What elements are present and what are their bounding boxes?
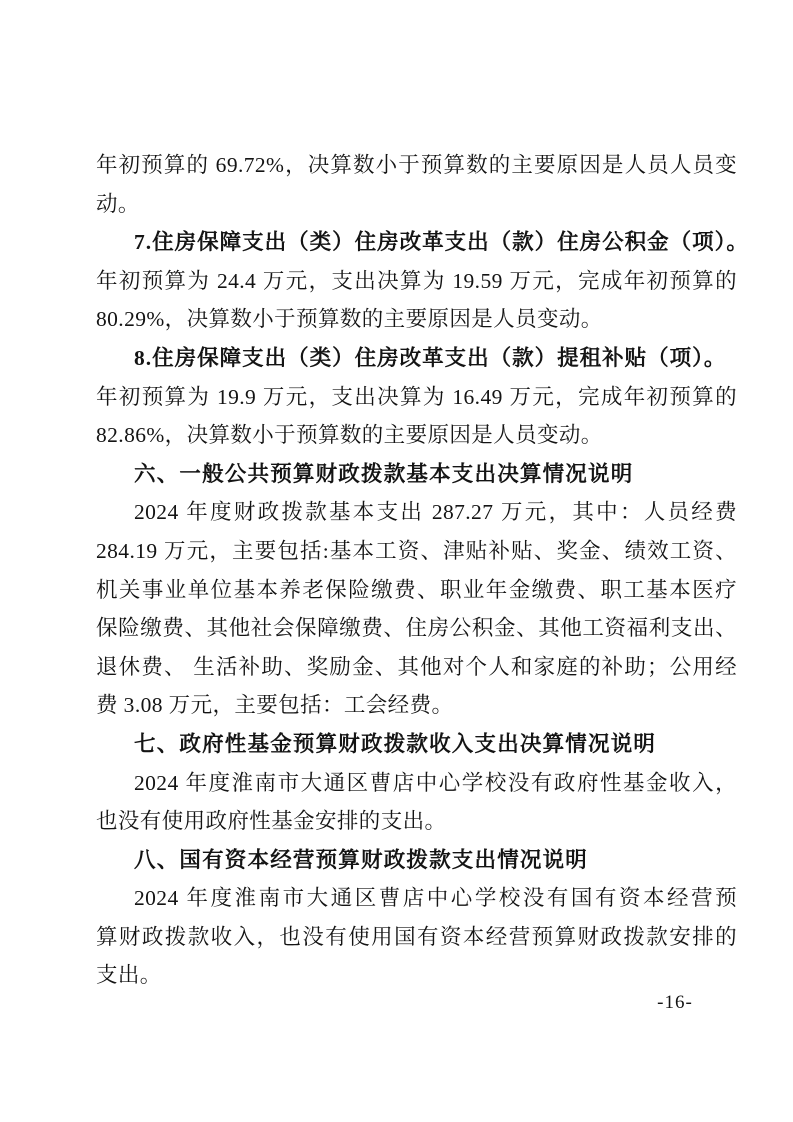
section-heading-6: 六、一般公共预算财政拨款基本支出决算情况说明 [96, 455, 737, 494]
paragraph-line: 机关事业单位基本养老保险缴费、职业年金缴费、职工基本医疗 [96, 571, 737, 610]
paragraph-line: 年初预算为 19.9 万元，支出决算为 16.49 万元，完成年初预算的 [96, 378, 737, 417]
page-number: -16- [640, 992, 710, 1014]
paragraph-line: 年初预算的 69.72%，决算数小于预算数的主要原因是人员人员变 [96, 146, 737, 185]
paragraph-line: 80.29%，决算数小于预算数的主要原因是人员变动。 [96, 300, 737, 339]
paragraph-line: 年初预算为 24.4 万元，支出决算为 19.59 万元，完成年初预算的 [96, 262, 737, 301]
paragraph-line: 保险缴费、其他社会保障缴费、住房公积金、其他工资福利支出、 [96, 609, 737, 648]
paragraph-line: 动。 [96, 185, 737, 224]
paragraph-line: 算财政拨款收入，也没有使用国有资本经营预算财政拨款安排的 [96, 918, 737, 957]
section-heading-8: 八、国有资本经营预算财政拨款支出情况说明 [96, 841, 737, 880]
subsection-heading-8: 8.住房保障支出（类）住房改革支出（款）提租补贴（项）。 [96, 339, 737, 378]
paragraph-line: 也没有使用政府性基金安排的支出。 [96, 802, 737, 841]
paragraph-line: 退休费、 生活补助、奖励金、其他对个人和家庭的补助；公用经 [96, 648, 737, 687]
document-body: 年初预算的 69.72%，决算数小于预算数的主要原因是人员人员变 动。 7.住房… [96, 146, 737, 995]
paragraph-line: 支出。 [96, 956, 737, 995]
paragraph-line: 2024 年度淮南市大通区曹店中心学校没有国有资本经营预 [96, 879, 737, 918]
section-heading-7: 七、政府性基金预算财政拨款收入支出决算情况说明 [96, 725, 737, 764]
paragraph-line: 284.19 万元，主要包括:基本工资、津贴补贴、奖金、绩效工资、 [96, 532, 737, 571]
subsection-heading-7: 7.住房保障支出（类）住房改革支出（款）住房公积金（项）。 [96, 223, 737, 262]
paragraph-line: 82.86%，决算数小于预算数的主要原因是人员变动。 [96, 416, 737, 455]
paragraph-line: 2024 年度淮南市大通区曹店中心学校没有政府性基金收入， [96, 764, 737, 803]
document-page: 年初预算的 69.72%，决算数小于预算数的主要原因是人员人员变 动。 7.住房… [0, 0, 793, 1122]
paragraph-line: 费 3.08 万元，主要包括：工会经费。 [96, 686, 737, 725]
paragraph-line: 2024 年度财政拨款基本支出 287.27 万元，其中：人员经费 [96, 493, 737, 532]
